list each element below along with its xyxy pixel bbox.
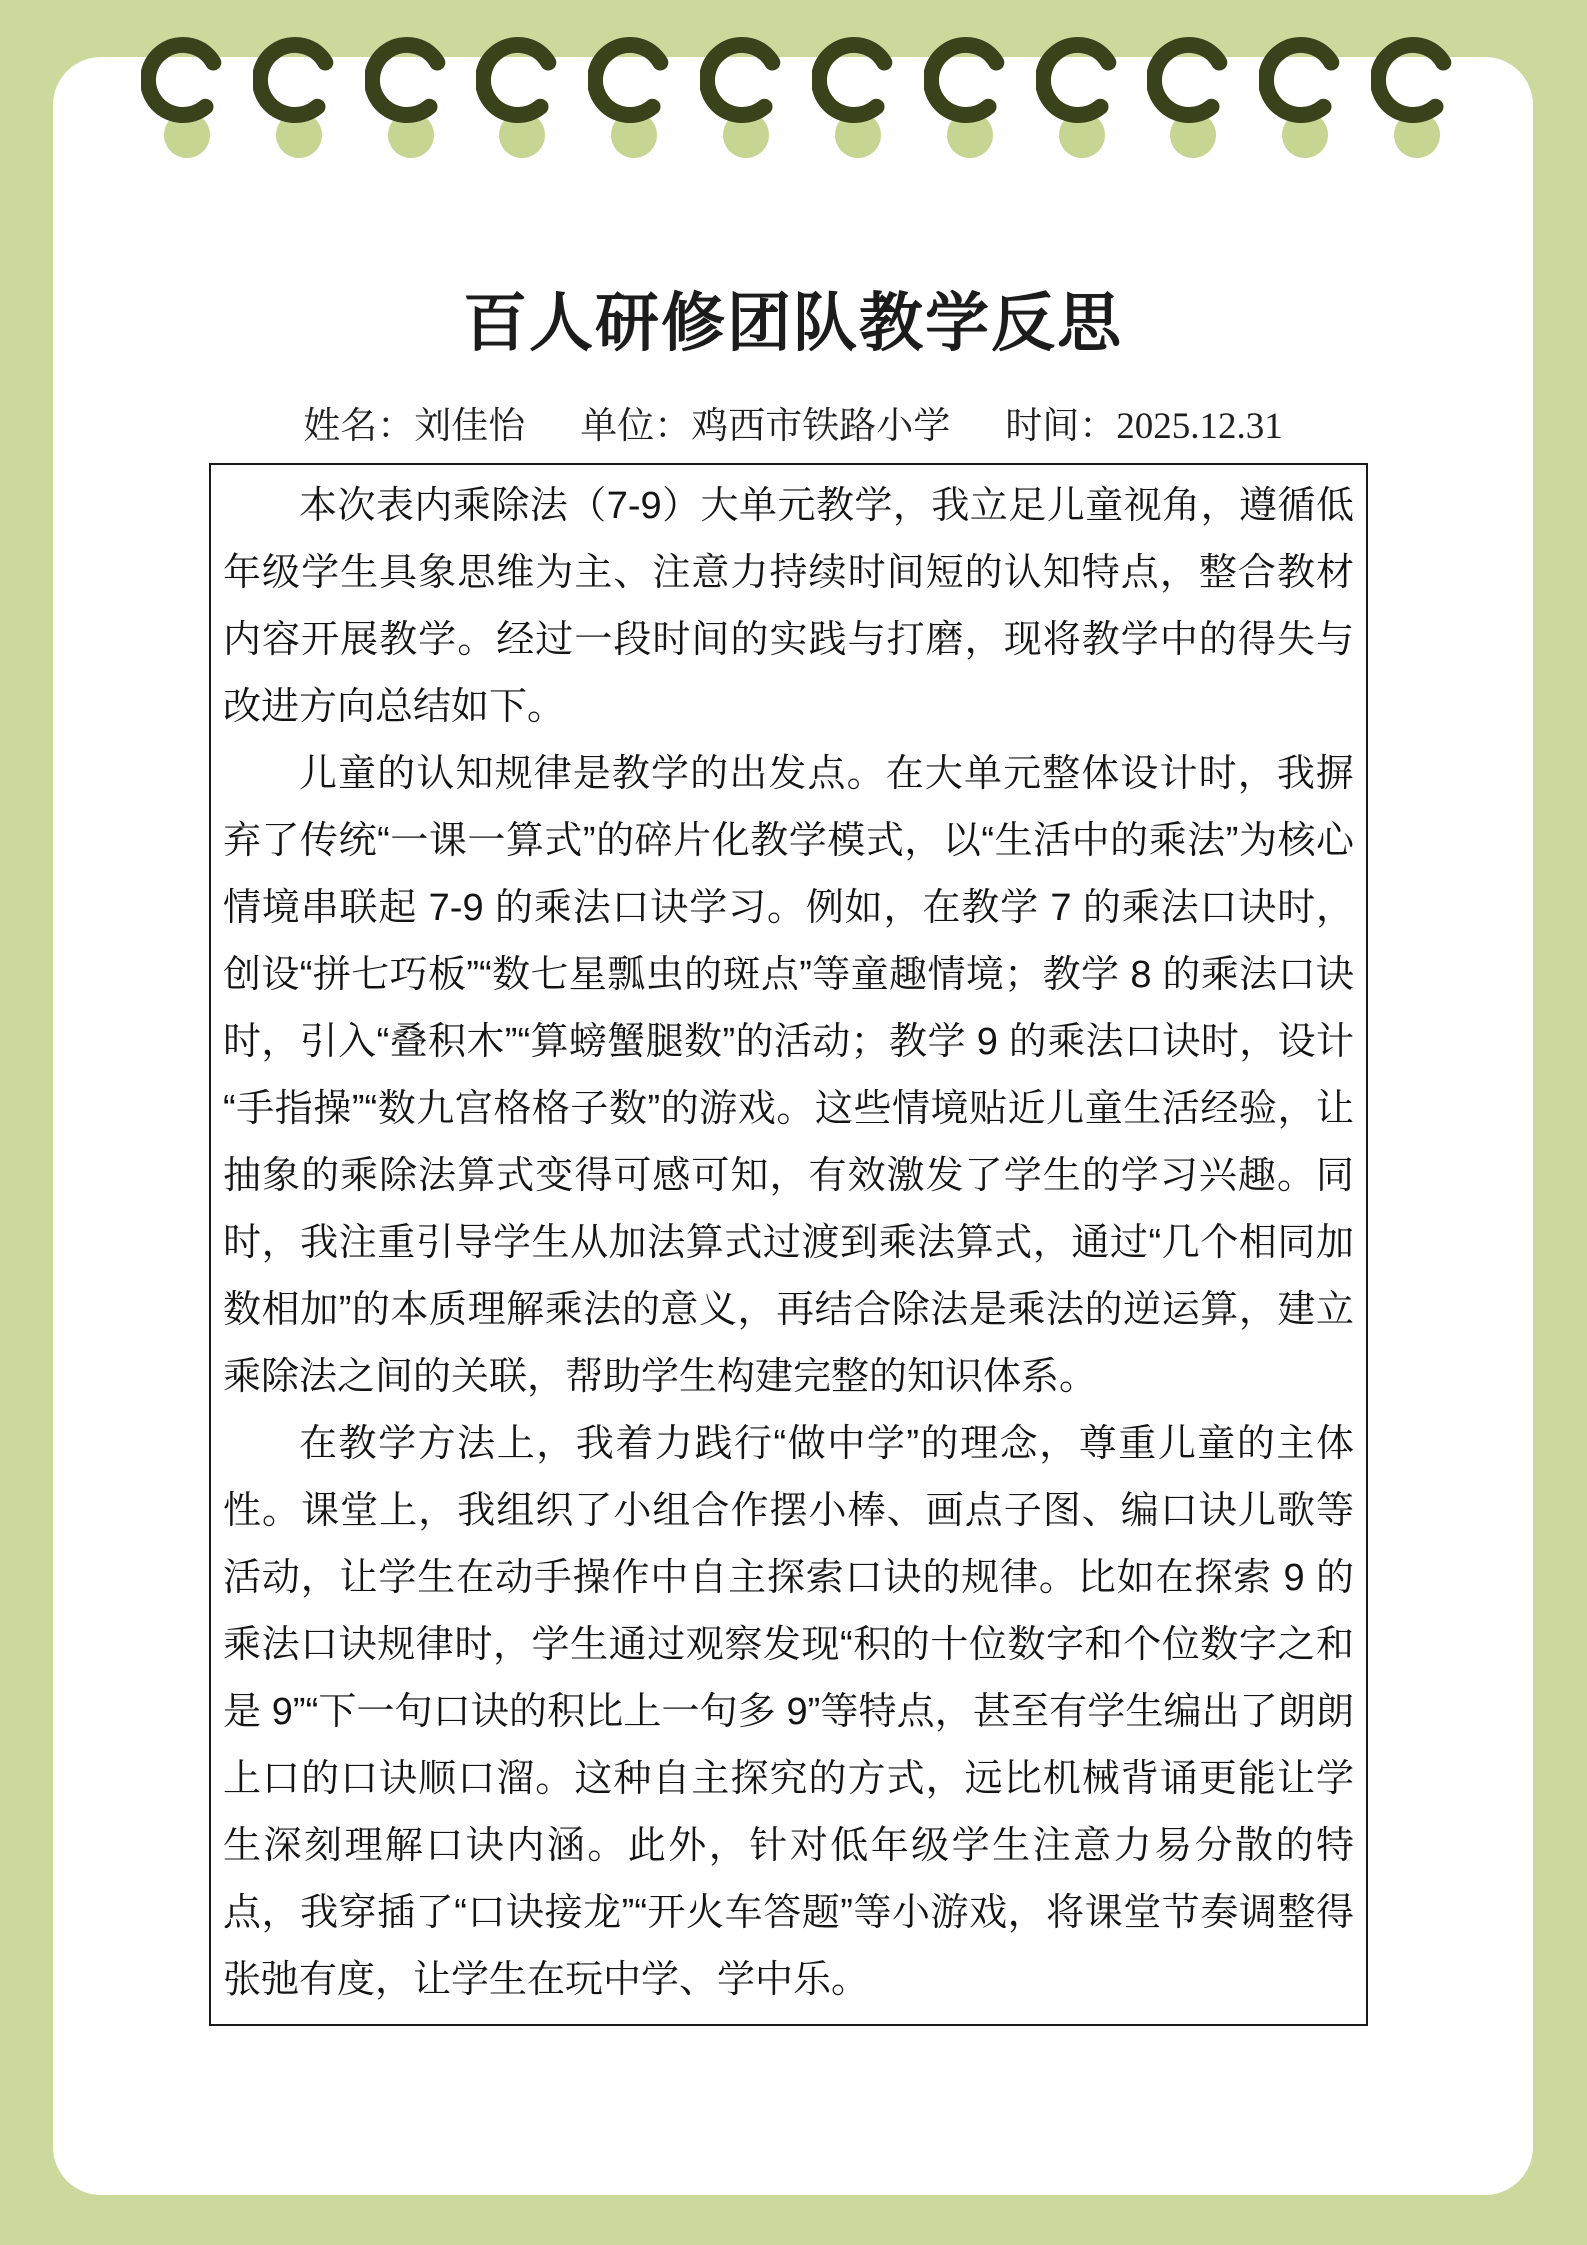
meta-time: 时间：2025.12.31 xyxy=(1005,402,1283,452)
page-title: 百人研修团队教学反思 xyxy=(53,285,1533,362)
spiral-ring-icon xyxy=(1147,28,1239,160)
spiral-ring-icon xyxy=(141,28,233,160)
meta-unit: 单位：鸡西市铁路小学 xyxy=(580,402,950,452)
paragraph-cognition: 儿童的认知规律是教学的出发点。在大单元整体设计时，我摒弃了传统“一课一算式”的碎… xyxy=(223,741,1354,1411)
spiral-ring-icon xyxy=(1371,28,1463,160)
notebook-background: 百人研修团队教学反思 姓名：刘佳怡 单位：鸡西市铁路小学 时间：2025.12.… xyxy=(0,0,1587,2245)
notebook-page: 百人研修团队教学反思 姓名：刘佳怡 单位：鸡西市铁路小学 时间：2025.12.… xyxy=(53,57,1533,2195)
meta-row: 姓名：刘佳怡 单位：鸡西市铁路小学 时间：2025.12.31 xyxy=(53,402,1533,452)
spiral-ring-icon xyxy=(1259,28,1351,160)
spiral-ring-icon xyxy=(700,28,792,160)
spiral-ring-icon xyxy=(588,28,680,160)
paragraph-methods: 在教学方法上，我着力践行“做中学”的理念，尊重儿童的主体性。课堂上，我组织了小组… xyxy=(223,1411,1354,2014)
spiral-ring-icon xyxy=(1036,28,1128,160)
spiral-ring-icon xyxy=(476,28,568,160)
paragraph-intro: 本次表内乘除法（7-9）大单元教学，我立足儿童视角，遵循低年级学生具象思维为主、… xyxy=(223,473,1354,741)
spiral-ring-icon xyxy=(253,28,345,160)
meta-name: 姓名：刘佳怡 xyxy=(303,402,525,452)
reflection-text-box: 本次表内乘除法（7-9）大单元教学，我立足儿童视角，遵循低年级学生具象思维为主、… xyxy=(209,463,1368,2026)
spiral-ring-icon xyxy=(812,28,904,160)
spiral-ring-icon xyxy=(924,28,1016,160)
spiral-ring-icon xyxy=(365,28,457,160)
spiral-binding xyxy=(141,28,1463,160)
